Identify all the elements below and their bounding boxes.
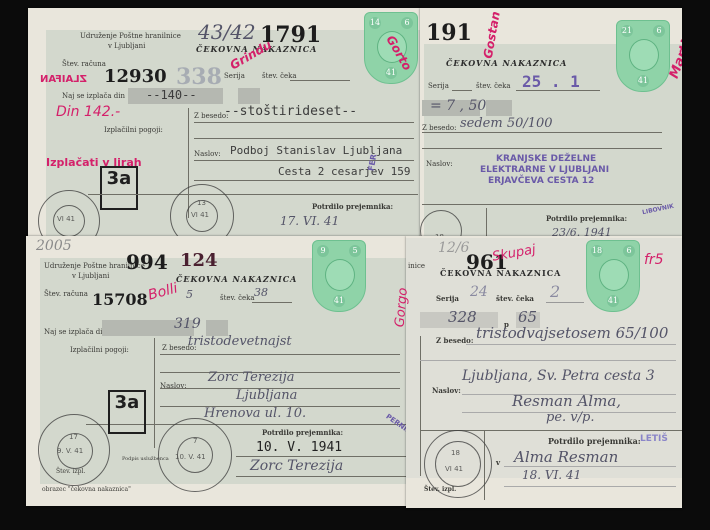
red-signature-2: fr5 xyxy=(644,252,664,268)
red-stamp-zlaifan: ZLAIFAN xyxy=(40,74,87,85)
receipt-label: Potrdilo prejemnika: xyxy=(548,436,641,446)
series-value: 24 xyxy=(470,284,488,300)
receipt-label: Potrdilo prejemnika: xyxy=(262,428,343,437)
grey-stamp-number: 338 xyxy=(176,64,222,90)
series-label: Serija xyxy=(428,82,449,90)
form-title: ČEKOVNA NAKAZNICA xyxy=(440,268,561,278)
receipt-label: Potrdilo prejemnika: xyxy=(312,202,393,211)
account-number: 12930 xyxy=(104,66,167,87)
in-words-value: --stoštirideset-- xyxy=(224,104,357,119)
address-line-2: Cesta 2 cesarjev 159 xyxy=(278,165,410,178)
check-label: štev. čeka xyxy=(496,294,534,303)
account-number: 15708 xyxy=(92,290,148,309)
violet-stamp-letis: LETIŠ xyxy=(640,434,668,444)
control-box-3a: 3a xyxy=(108,390,146,434)
series-label: Serija xyxy=(436,294,459,303)
printed-stamp: 18 6 41 xyxy=(586,240,640,312)
receipt-scribble: 17. VI. 41 xyxy=(280,214,339,228)
receipt-label: Potrdilo prejemnika: xyxy=(546,214,627,223)
printed-stamp: 21 6 41 xyxy=(616,20,670,92)
address-line-3: Hrenova ul. 10. xyxy=(204,406,306,421)
serial-number: 994 xyxy=(126,250,168,274)
check-label: štev. čeka xyxy=(220,294,255,302)
check-number: 25 . 1 xyxy=(522,72,580,91)
account-label: Štev. računa xyxy=(62,60,106,68)
slip-bottom-right: inice 12/6 961 ČEKOVNA NAKAZNICA Serija … xyxy=(406,236,682,508)
slip-top-left: Udruženje Poštne hranilnice v Ljubljani … xyxy=(28,8,420,248)
handwritten-ref: 2005 xyxy=(36,238,72,254)
account-label: Štev. računa xyxy=(44,290,88,298)
series-label: Serija xyxy=(224,72,245,80)
check-number: 38 xyxy=(254,286,268,299)
amount-value: 328 xyxy=(448,308,477,326)
address-line-1: Ljubljana, Sv. Petra cesta 3 xyxy=(462,368,655,384)
series-value: 5 xyxy=(186,288,193,301)
address-label: Naslov: xyxy=(426,160,453,168)
slip-bottom-left: 2005 Udruženje Poštne hranilnice v Ljubl… xyxy=(26,236,406,506)
check-number: 2 xyxy=(550,282,560,301)
in-words-value: tristodvajsetosem 65/100 xyxy=(476,324,668,342)
in-words-value: tristodevetnajst xyxy=(188,334,292,349)
address-line-3: pe. v/p. xyxy=(546,410,594,425)
address-stamp-line-1: KRANJSKE DEŽELNE xyxy=(496,154,596,164)
header-line-2: v Ljubljani xyxy=(72,272,109,280)
address-stamp-line-3: ERJAVČEVA CESTA 12 xyxy=(488,176,594,186)
printed-stamp: 9 5 41 xyxy=(312,240,366,312)
amount-label: Naj se izplača din xyxy=(62,92,125,100)
payout-conditions-label: Izplačilni pogoji: xyxy=(70,346,129,354)
control-box-3a: 3a xyxy=(100,166,138,210)
header-line-2: v Ljubljani xyxy=(108,42,145,50)
form-title: ČEKOVNA NAKAZNICA xyxy=(176,274,297,284)
postmark-ljubljana-1: 17 9. V. 41 xyxy=(38,414,110,486)
in-words-label: Z besedo: xyxy=(422,124,457,132)
postmark-ljubljana-2: 7 10. V. 41 xyxy=(158,418,232,492)
receipt-prefix: v xyxy=(496,458,500,467)
amount-value: = 7 , 50 xyxy=(430,98,486,114)
footer-text: obrazec "čekovna nakaznica" xyxy=(42,486,131,493)
address-label: Naslov: xyxy=(194,150,221,158)
signature: Alma Resman xyxy=(514,448,618,466)
serial-number-red: 124 xyxy=(180,250,218,271)
postmark-ljubljana: 18 VI 41 xyxy=(424,430,492,498)
form-title: ČEKOVNA NAKAZNICA xyxy=(446,58,567,68)
amount-label: Naj se izplača din xyxy=(44,328,107,336)
payout-conditions-label: Izplačilni pogoji: xyxy=(104,126,163,134)
address-line-2: Resman Alma, xyxy=(512,392,621,410)
check-label: štev. čeka xyxy=(262,72,297,80)
slip-top-right: 191 ČEKOVNA NAKAZNICA Serija štev. čeka … xyxy=(420,8,682,248)
address-stamp-line-2: ELEKTRARNE V LJUBLJANI xyxy=(480,165,609,175)
receipt-date: 10. V. 1941 xyxy=(256,440,342,455)
serial-number: 191 xyxy=(426,20,472,46)
handwritten-ref: 43/42 xyxy=(198,20,256,44)
header-line-1: Udruženje Poštne hranilnice xyxy=(80,32,181,40)
handwritten-amount: Din 142.- xyxy=(56,104,120,120)
amount-value: 319 xyxy=(174,316,201,332)
address-label: Naslov: xyxy=(432,386,461,395)
check-label: štev. čeka xyxy=(476,82,511,90)
signature: Zorc Terezija xyxy=(250,458,343,474)
handwritten-ref: 12/6 xyxy=(438,240,469,256)
in-words-value: sedem 50/100 xyxy=(460,116,553,131)
signature-initials: 18. VI. 41 xyxy=(522,468,581,482)
address-line-2: Ljubljana xyxy=(236,388,297,403)
amount-value: --140-- xyxy=(146,88,197,102)
address-line-1: Zorc Terezija xyxy=(208,370,295,385)
